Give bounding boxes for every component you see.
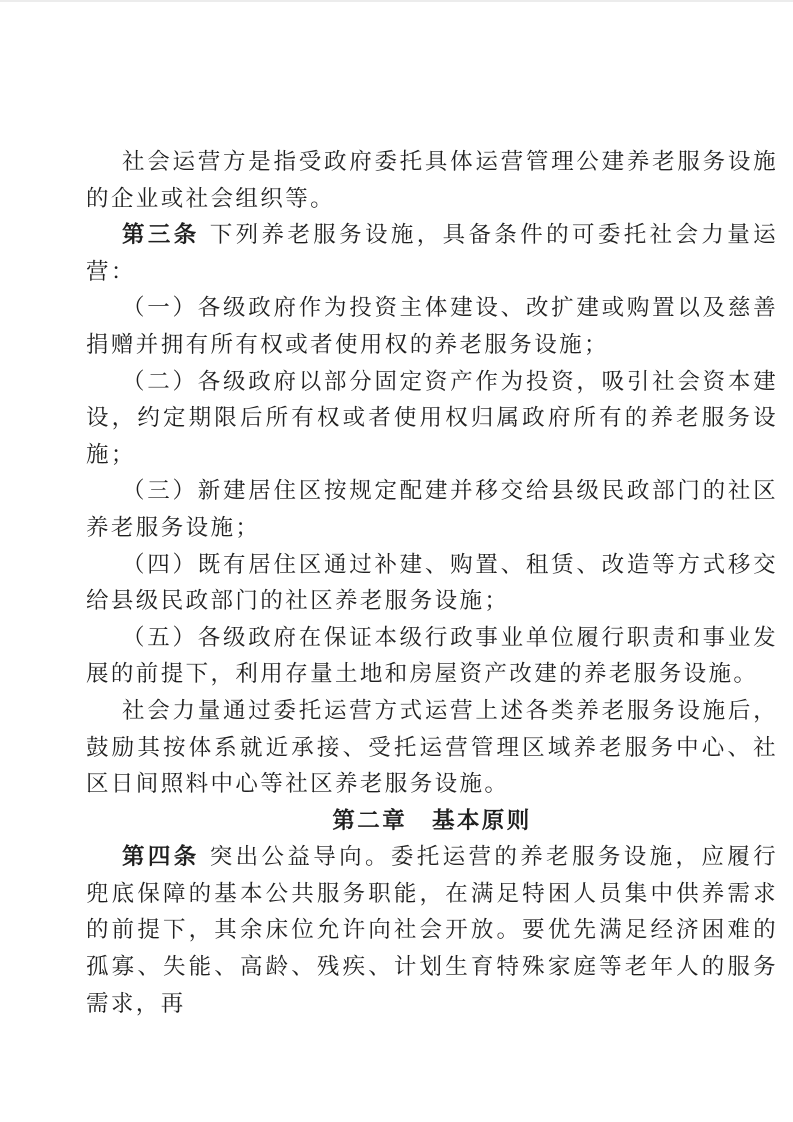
article-number: 第四条: [122, 844, 200, 869]
paragraph: 社会力量通过委托运营方式运营上述各类养老服务设施后，鼓励其按体系就近承接、受托运…: [86, 693, 778, 803]
document-page: 社会运营方是指受政府委托具体运营管理公建养老服务设施的企业或社会组织等。第三条下…: [0, 0, 793, 1122]
paragraph: （三）新建居住区按规定配建并移交给县级民政部门的社区养老服务设施；: [86, 473, 778, 546]
paragraph: （五）各级政府在保证本级行政事业单位履行职责和事业发展的前提下，利用存量土地和房…: [86, 620, 778, 693]
paragraph: 第三条下列养老服务设施，具备条件的可委托社会力量运营：: [86, 217, 778, 290]
page-top-edge: [0, 0, 793, 2]
chapter-heading: 第二章 基本原则: [86, 803, 778, 840]
paragraph: 第四条突出公益导向。委托运营的养老服务设施，应履行兜底保障的基本公共服务职能，在…: [86, 839, 778, 1022]
article-number: 第三条: [122, 222, 200, 247]
paragraph: （二）各级政府以部分固定资产作为投资，吸引社会资本建设，约定期限后所有权或者使用…: [86, 364, 778, 474]
paragraph: （一）各级政府作为投资主体建设、改扩建或购置以及慈善捐赠并拥有所有权或者使用权的…: [86, 290, 778, 363]
document-body: 社会运营方是指受政府委托具体运营管理公建养老服务设施的企业或社会组织等。第三条下…: [86, 144, 778, 1022]
paragraph: 社会运营方是指受政府委托具体运营管理公建养老服务设施的企业或社会组织等。: [86, 144, 778, 217]
paragraph: （四）既有居住区通过补建、购置、租赁、改造等方式移交给县级民政部门的社区养老服务…: [86, 547, 778, 620]
